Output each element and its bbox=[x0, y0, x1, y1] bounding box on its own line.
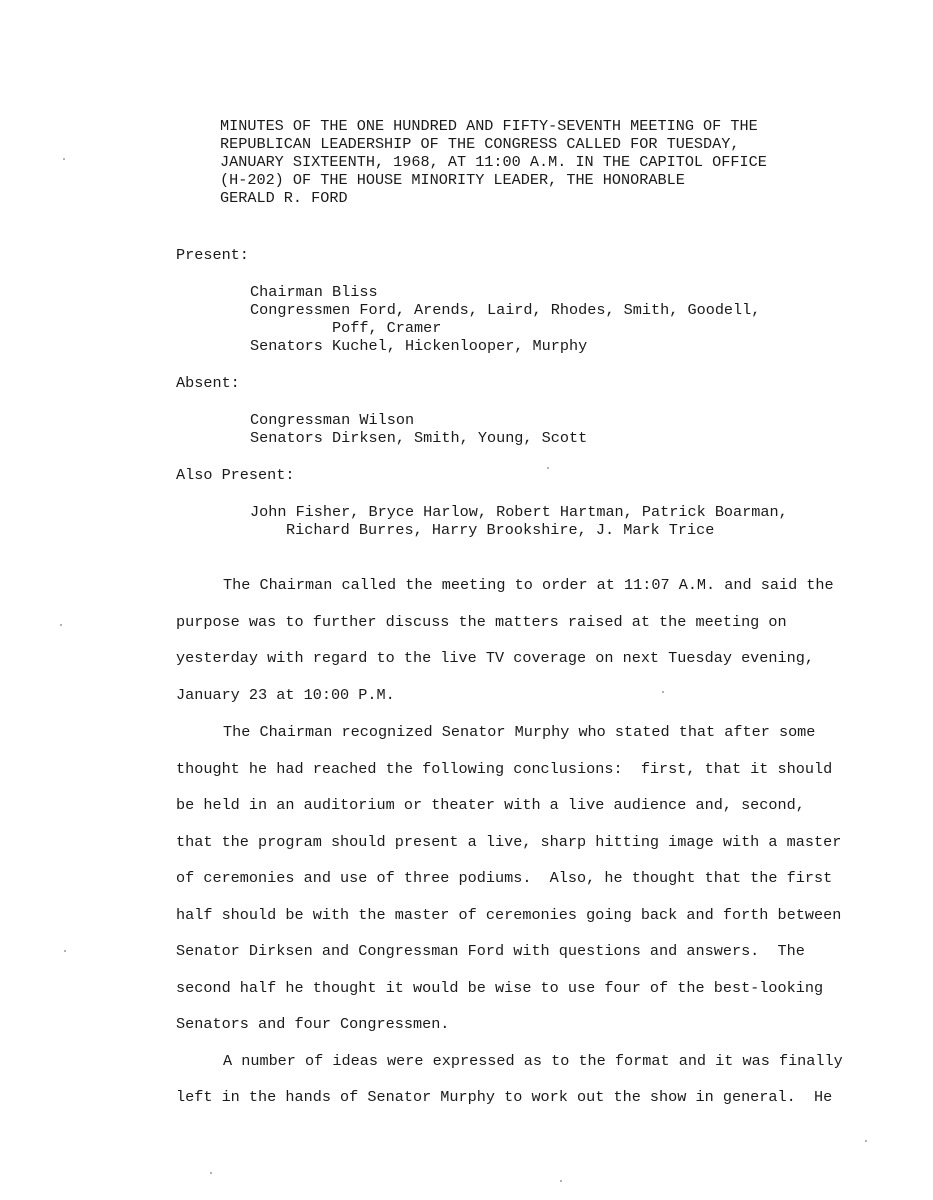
scan-speck bbox=[60, 624, 62, 626]
title-line: GERALD R. FORD bbox=[220, 189, 348, 207]
absent-line: Senators Dirksen, Smith, Young, Scott bbox=[250, 429, 587, 447]
title-line: JANUARY SIXTEENTH, 1968, AT 11:00 A.M. I… bbox=[220, 153, 767, 171]
paragraph-line: Senator Dirksen and Congressman Ford wit… bbox=[176, 942, 805, 960]
title-line: (H-202) OF THE HOUSE MINORITY LEADER, TH… bbox=[220, 171, 685, 189]
paragraph-line: A number of ideas were expressed as to t… bbox=[223, 1052, 843, 1070]
paragraph-line: be held in an auditorium or theater with… bbox=[176, 796, 805, 814]
scan-speck bbox=[662, 691, 664, 693]
paragraph-line: thought he had reached the following con… bbox=[176, 760, 832, 778]
present-line: Senators Kuchel, Hickenlooper, Murphy bbox=[250, 337, 587, 355]
scan-speck bbox=[63, 158, 65, 160]
paragraph-line: The Chairman recognized Senator Murphy w… bbox=[223, 723, 815, 741]
paragraph-line: yesterday with regard to the live TV cov… bbox=[176, 649, 814, 667]
paragraph-line: that the program should present a live, … bbox=[176, 833, 841, 851]
paragraph-line: purpose was to further discuss the matte… bbox=[176, 613, 787, 631]
also-present-line: Richard Burres, Harry Brookshire, J. Mar… bbox=[286, 521, 714, 539]
paragraph-line: half should be with the master of ceremo… bbox=[176, 906, 841, 924]
also-present-label: Also Present: bbox=[176, 466, 294, 484]
title-line: REPUBLICAN LEADERSHIP OF THE CONGRESS CA… bbox=[220, 135, 740, 153]
present-line: Chairman Bliss bbox=[250, 283, 378, 301]
absent-label: Absent: bbox=[176, 374, 240, 392]
scan-speck bbox=[547, 467, 549, 469]
scan-speck bbox=[560, 1180, 562, 1182]
absent-line: Congressman Wilson bbox=[250, 411, 414, 429]
present-line: Congressmen Ford, Arends, Laird, Rhodes,… bbox=[250, 301, 760, 319]
title-line: MINUTES OF THE ONE HUNDRED AND FIFTY-SEV… bbox=[220, 117, 758, 135]
scan-speck bbox=[865, 1140, 867, 1142]
present-label: Present: bbox=[176, 246, 249, 264]
paragraph-line: second half he thought it would be wise … bbox=[176, 979, 823, 997]
paragraph-line: Senators and four Congressmen. bbox=[176, 1015, 449, 1033]
present-line: Poff, Cramer bbox=[332, 319, 441, 337]
paragraph-line: of ceremonies and use of three podiums. … bbox=[176, 869, 832, 887]
scan-speck bbox=[210, 1172, 212, 1174]
document-page: MINUTES OF THE ONE HUNDRED AND FIFTY-SEV… bbox=[0, 0, 933, 1200]
paragraph-line: The Chairman called the meeting to order… bbox=[223, 576, 834, 594]
also-present-line: John Fisher, Bryce Harlow, Robert Hartma… bbox=[250, 503, 788, 521]
paragraph-line: January 23 at 10:00 P.M. bbox=[176, 686, 395, 704]
paragraph-line: left in the hands of Senator Murphy to w… bbox=[176, 1088, 832, 1106]
scan-speck bbox=[64, 950, 66, 952]
